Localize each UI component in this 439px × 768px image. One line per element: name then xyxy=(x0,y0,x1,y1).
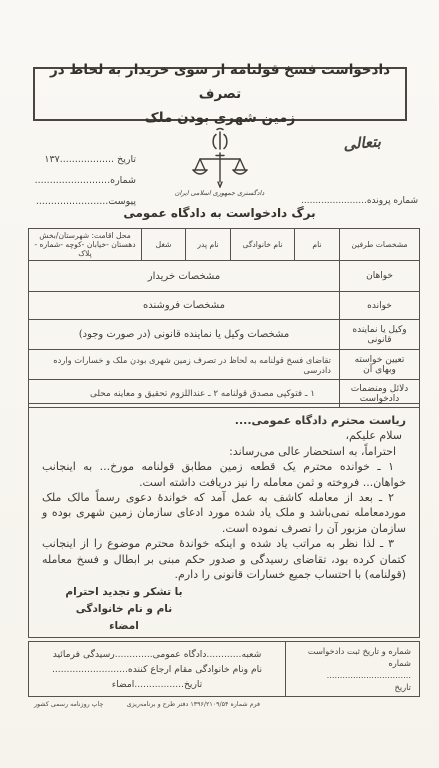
col-header-first-name: نام xyxy=(295,229,340,261)
registration-number-dots: ................................ xyxy=(294,669,411,681)
row-label-attorney: وکیل یا نماینده قانونی xyxy=(340,320,420,350)
form-heading: برگ دادخواست به دادگاه عمومی xyxy=(123,206,315,220)
table-row: وکیل یا نماینده قانونی مشخصات وکیل یا نم… xyxy=(29,320,420,350)
document-title-box: دادخواست فسخ قولنامه از سوی خریدار به لح… xyxy=(33,67,407,121)
col-header-parties: مشخصات طرفین xyxy=(340,229,420,261)
registration-title: شماره و تاریخ ثبت دادخواست xyxy=(294,645,411,657)
registration-date-label: تاریخ xyxy=(294,681,411,693)
attachment-field: پیوست........................ xyxy=(30,191,136,212)
col-header-father: نام پدر xyxy=(186,229,231,261)
judiciary-emblem-block: دادگستری جمهوری اسلامی ایران xyxy=(155,127,285,197)
date-signature-line: تاریخ.................امضاء xyxy=(35,677,279,692)
salutation-line: ریاست محترم دادگاه عمومی.... xyxy=(42,413,406,428)
judiciary-caption: دادگستری جمهوری اسلامی ایران xyxy=(155,189,285,197)
printer-note: چاپ روزنامه رسمی کشور xyxy=(34,701,103,708)
registration-number-label: شماره xyxy=(294,657,411,669)
document-title-line1: دادخواست فسخ قولنامه از سوی خریدار به لح… xyxy=(35,58,405,106)
iran-emblem-icon xyxy=(207,127,233,152)
registration-footer-table: شماره و تاریخ ثبت دادخواست شماره .......… xyxy=(28,641,420,697)
col-header-residence: محل اقامت: شهرستان/بخش دهستان -خیابان -ک… xyxy=(29,229,142,261)
row-value-claim: تقاضای فسخ قولنامه به لحاظ در تصرف زمین … xyxy=(29,350,340,380)
branch-line: شعبه............دادگاه عمومی............… xyxy=(35,647,279,662)
greeting-line: سلام علیکم، xyxy=(42,428,406,443)
row-value-defendant: مشخصات فروشنده xyxy=(29,292,340,320)
referrer-line: نام ونام خانوادگی مقام ارجاع کننده......… xyxy=(35,662,279,677)
table-row: خوانده مشخصات فروشنده xyxy=(29,292,420,320)
signature-label: امضاء xyxy=(60,618,188,635)
row-label-claim: تعیین خواسته وبهای آن xyxy=(340,350,420,380)
form-number-note: فرم شماره ۱۳۹۶/۲۱۰۹/۵۴ دفتر طرح و برنامه… xyxy=(127,701,260,708)
branch-referral-cell: شعبه............دادگاه عمومی............… xyxy=(29,642,286,697)
table-row: خواهان مشخصات خریدار xyxy=(29,261,420,292)
intro-line: احتراماً، به استحضار عالی می‌رساند: xyxy=(42,444,406,459)
case-number-field: شماره پرونده....................... xyxy=(296,196,418,206)
besmele-calligraphy: بتعالی xyxy=(321,131,402,156)
parties-table-header-row: مشخصات طرفین نام نام خانوادگی نام پدر شغ… xyxy=(29,229,420,261)
table-row: تعیین خواسته وبهای آن تقاضای فسخ قولنامه… xyxy=(29,350,420,380)
registration-cell: شماره و تاریخ ثبت دادخواست شماره .......… xyxy=(286,642,420,697)
row-value-attorney: مشخصات وکیل یا نماینده قانونی (در صورت و… xyxy=(29,320,340,350)
number-field: شماره......................... xyxy=(30,170,136,191)
print-note: فرم شماره ۱۳۹۶/۲۱۰۹/۵۴ دفتر طرح و برنامه… xyxy=(34,701,260,708)
petition-paragraph-1: ۱ ـ خوانده محترم یک قطعه زمین مطابق قولن… xyxy=(42,459,406,490)
name-label: نام و نام خانوادگی xyxy=(60,601,188,618)
petition-body: ریاست محترم دادگاه عمومی.... سلام علیکم،… xyxy=(28,403,420,638)
petition-form-page: دادخواست فسخ قولنامه از سوی خریدار به لح… xyxy=(0,0,439,768)
row-label-plaintiff: خواهان xyxy=(340,261,420,292)
row-label-defendant: خوانده xyxy=(340,292,420,320)
header-meta-fields: تاریخ ..................۱۳۷ شماره.......… xyxy=(30,149,136,212)
row-value-plaintiff: مشخصات خریدار xyxy=(29,261,340,292)
petition-paragraph-3: ۳ ـ لذا نظر به مراتب یاد شده و اینکه خوا… xyxy=(42,536,406,582)
closing-signature-block: با تشکر و تجدید احترام نام و نام خانوادگ… xyxy=(60,584,188,635)
petition-paragraph-2: ۲ ـ بعد از معامله کاشف به عمل آمد که خوا… xyxy=(42,490,406,536)
parties-table: مشخصات طرفین نام نام خانوادگی نام پدر شغ… xyxy=(28,228,420,408)
col-header-last-name: نام خانوادگی xyxy=(231,229,295,261)
col-header-occupation: شغل xyxy=(142,229,186,261)
closing-line: با تشکر و تجدید احترام xyxy=(60,584,188,601)
justice-scales-icon xyxy=(192,152,248,188)
date-field: تاریخ ..................۱۳۷ xyxy=(30,149,136,170)
